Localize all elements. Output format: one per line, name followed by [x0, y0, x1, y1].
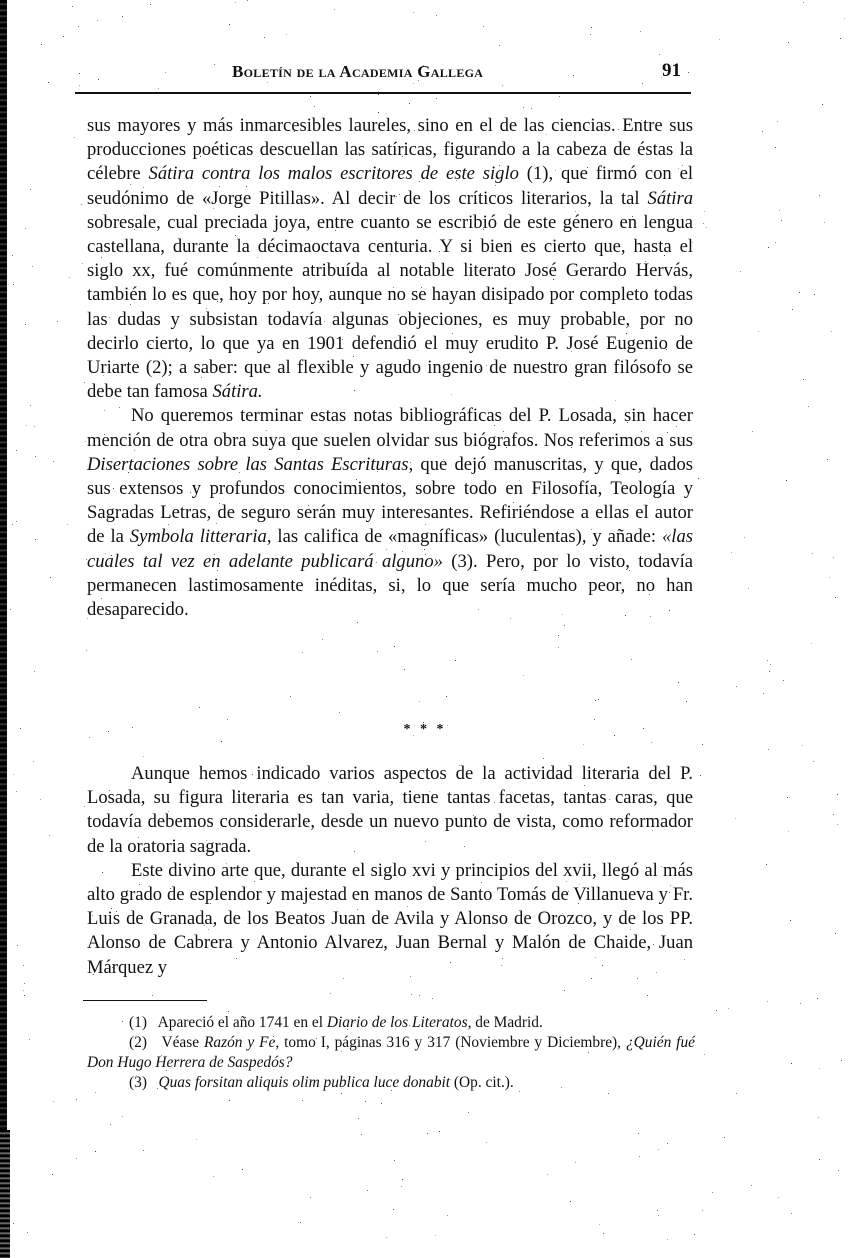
- scan-speckle: [418, 80, 419, 81]
- scan-speckle: [706, 227, 707, 228]
- scan-speckle: [104, 410, 105, 411]
- scan-speckle: [217, 301, 218, 302]
- scan-speckle: [82, 263, 83, 264]
- text-run: (Op. cit.).: [450, 1074, 514, 1091]
- scan-speckle: [103, 375, 104, 376]
- scan-speckle: [634, 800, 635, 801]
- scan-speckle: [302, 652, 303, 653]
- scan-speckle: [113, 147, 114, 148]
- scan-speckle: [653, 794, 654, 795]
- scan-speckle: [165, 72, 166, 73]
- scan-speckle: [546, 134, 547, 135]
- scan-speckle: [645, 261, 646, 262]
- scan-speckle: [241, 441, 242, 442]
- scan-speckle: [386, 549, 387, 550]
- scan-speckle: [819, 1159, 820, 1160]
- text-run: Véase: [161, 1034, 204, 1051]
- scan-speckle: [356, 479, 357, 480]
- scan-speckle: [81, 204, 82, 205]
- scan-speckle: [268, 303, 269, 304]
- scan-speckle: [501, 965, 502, 966]
- scan-speckle: [682, 165, 683, 166]
- scan-speckle: [57, 321, 58, 322]
- scan-speckle: [32, 266, 33, 267]
- scan-speckle: [452, 333, 453, 334]
- italic-title: Sátira.: [212, 381, 262, 402]
- scan-speckle: [781, 220, 782, 221]
- scan-speckle: [386, 113, 387, 114]
- scan-speckle: [653, 944, 654, 945]
- scan-speckle: [681, 441, 682, 442]
- scan-speckle: [667, 1239, 668, 1240]
- scan-speckle: [791, 1063, 792, 1064]
- scan-speckle: [425, 841, 426, 842]
- scan-speckle: [837, 824, 838, 825]
- paragraph-1: sus mayores y más inmarcesibles laureles…: [87, 114, 693, 404]
- scan-speckle: [12, 524, 13, 525]
- scan-speckle: [494, 425, 495, 426]
- scan-speckle: [748, 588, 749, 589]
- scan-speckle: [240, 561, 241, 562]
- scan-speckle: [575, 1162, 576, 1163]
- scan-speckle: [486, 365, 487, 366]
- scan-speckle: [841, 1060, 842, 1061]
- text-run: , de Madrid.: [468, 1014, 543, 1031]
- scan-speckle: [736, 686, 737, 687]
- scan-speckle: [530, 318, 531, 319]
- scan-speckle: [700, 775, 701, 776]
- scan-speckle: [401, 1186, 402, 1187]
- scan-speckle: [90, 796, 91, 797]
- scan-speckle: [595, 957, 596, 958]
- scan-speckle: [667, 432, 668, 433]
- scan-speckle: [667, 1143, 668, 1144]
- footnote-rule: [83, 1000, 207, 1001]
- scan-speckle: [811, 643, 812, 644]
- scan-speckle: [227, 719, 228, 720]
- scan-speckle: [387, 483, 388, 484]
- scan-speckle: [124, 206, 125, 207]
- scan-speckle: [600, 560, 601, 561]
- scan-speckle: [221, 741, 222, 742]
- scan-speckle: [50, 577, 51, 578]
- scan-speckle: [378, 112, 379, 113]
- scan-speckle: [98, 79, 99, 80]
- scan-speckle: [786, 480, 787, 481]
- scan-speckle: [767, 660, 768, 661]
- scan-speckle: [531, 108, 532, 109]
- scan-speckle: [650, 616, 651, 617]
- scan-speckle: [752, 431, 753, 432]
- scan-speckle: [425, 554, 426, 555]
- scan-speckle: [519, 480, 520, 481]
- scan-speckle: [224, 774, 225, 775]
- scan-speckle: [788, 42, 789, 43]
- scan-speckle: [391, 1090, 392, 1091]
- scan-speckle: [354, 851, 355, 852]
- scan-speckle: [502, 85, 503, 86]
- scan-speckle: [813, 761, 814, 762]
- scan-speckle: [402, 1179, 403, 1180]
- scan-speckle: [625, 615, 626, 616]
- scan-speckle: [627, 422, 628, 423]
- scan-speckle: [566, 881, 567, 882]
- scan-speckle: [499, 45, 500, 46]
- scan-speckle: [599, 1224, 600, 1225]
- scan-speckle: [558, 635, 559, 636]
- scan-speckle: [341, 1051, 342, 1052]
- scan-speckle: [669, 892, 670, 893]
- scan-speckle: [67, 524, 68, 525]
- scan-speckle: [519, 1091, 520, 1092]
- scan-speckle: [396, 196, 397, 197]
- scan-speckle: [69, 277, 70, 278]
- scan-speckle: [417, 350, 418, 351]
- scan-speckle: [343, 978, 344, 979]
- scan-speckle: [254, 881, 255, 882]
- scan-speckle: [536, 463, 537, 464]
- scan-speckle: [485, 269, 486, 270]
- scan-speckle: [223, 769, 224, 770]
- scan-speckle: [447, 725, 448, 726]
- italic-title: Sátira: [648, 188, 693, 209]
- scan-speckle: [777, 121, 778, 122]
- scan-speckle: [166, 1070, 167, 1071]
- scan-speckle: [377, 651, 378, 652]
- scan-speckle: [229, 1100, 230, 1101]
- scan-speckle: [547, 588, 548, 589]
- scan-speckle: [411, 994, 412, 995]
- scan-speckle: [264, 37, 265, 38]
- scan-speckle: [286, 34, 287, 35]
- scan-speckle: [790, 920, 791, 921]
- footnote-1: (1) Apareció el año 1741 en el Diario de…: [87, 1013, 695, 1033]
- scan-speckle: [204, 925, 205, 926]
- scan-speckle: [678, 682, 679, 683]
- scan-speckle: [684, 959, 685, 960]
- scan-speckle: [652, 830, 653, 831]
- scan-speckle: [770, 664, 771, 665]
- scan-speckle: [783, 680, 784, 681]
- scan-speckle: [647, 505, 648, 506]
- scan-speckle: [138, 837, 139, 838]
- scan-speckle: [543, 758, 544, 759]
- scan-speckle: [814, 294, 815, 295]
- scan-speckle: [296, 919, 297, 920]
- scan-speckle: [510, 618, 511, 619]
- scan-speckle: [439, 1131, 440, 1132]
- scan-speckle: [664, 255, 665, 256]
- scan-speckle: [419, 995, 420, 996]
- scan-speckle: [661, 866, 662, 867]
- scan-speckle: [506, 447, 507, 448]
- scan-speckle: [92, 915, 93, 916]
- scan-speckle: [158, 88, 159, 89]
- scan-speckle: [101, 598, 102, 599]
- scan-speckle: [424, 549, 425, 550]
- scan-speckle: [594, 719, 595, 720]
- scan-speckle: [579, 884, 580, 885]
- scan-speckle: [467, 413, 468, 414]
- scan-speckle: [150, 4, 151, 5]
- scan-speckle: [587, 167, 588, 168]
- scan-speckle: [637, 978, 638, 979]
- scan-speckle: [835, 933, 836, 934]
- scan-speckle: [128, 472, 129, 473]
- page-header: Boletín de la Academia Gallega 91: [75, 60, 691, 92]
- scan-speckle: [410, 976, 411, 977]
- scan-speckle: [228, 1011, 229, 1012]
- scan-speckle: [775, 147, 776, 148]
- scan-speckle: [239, 472, 240, 473]
- scan-speckle: [206, 840, 207, 841]
- scan-speckle: [692, 242, 693, 243]
- scan-speckle: [86, 650, 87, 651]
- scan-speckle: [156, 843, 157, 844]
- scan-speckle: [443, 459, 444, 460]
- scan-speckle: [499, 165, 500, 166]
- scan-speckle: [122, 1116, 123, 1117]
- scan-speckle: [688, 72, 689, 73]
- text-run: Apareció el año 1741 en el: [158, 1014, 327, 1031]
- section-break-asterism: * * *: [0, 722, 850, 738]
- scan-speckle: [219, 186, 220, 187]
- scan-speckle: [341, 1093, 342, 1094]
- footnote-text: Véase Razón y Fe, tomo I, páginas 316 y …: [87, 1034, 695, 1071]
- scan-speckle: [558, 647, 559, 648]
- scan-speckle: [154, 611, 155, 612]
- scan-speckle: [16, 791, 17, 792]
- scan-speckle: [393, 1209, 394, 1210]
- scan-speckle: [702, 1210, 703, 1211]
- scan-speckle: [316, 1038, 317, 1039]
- italic-title: Razón y Fe: [204, 1034, 275, 1051]
- scan-speckle: [84, 382, 85, 383]
- scan-speckle: [194, 148, 195, 149]
- scan-speckle: [686, 701, 687, 702]
- scan-speckle: [510, 241, 511, 242]
- scan-speckle: [584, 785, 585, 786]
- scan-speckle: [48, 82, 49, 83]
- scan-speckle: [641, 120, 642, 121]
- scan-speckle: [435, 1235, 436, 1236]
- scan-speckle: [669, 610, 670, 611]
- scan-speckle: [365, 1101, 366, 1102]
- scan-speckle: [819, 195, 820, 196]
- scan-speckle: [803, 379, 804, 380]
- scan-speckle: [10, 609, 11, 610]
- scan-speckle: [829, 577, 830, 578]
- scan-speckle: [591, 978, 592, 979]
- scan-speckle: [190, 492, 191, 493]
- scan-speckle: [419, 701, 420, 702]
- scan-speckle: [562, 614, 563, 615]
- scan-speckle: [120, 226, 121, 227]
- scan-speckle: [657, 1210, 658, 1211]
- scan-speckle: [455, 660, 456, 661]
- scan-speckle: [658, 1149, 659, 1150]
- scan-speckle: [791, 1213, 792, 1214]
- scan-speckle: [16, 450, 17, 451]
- italic-title: Symbola litteraria: [130, 526, 267, 547]
- scan-speckle: [196, 488, 197, 489]
- scan-speckle: [436, 517, 437, 518]
- scan-speckle: [109, 790, 110, 791]
- scan-speckle: [90, 916, 91, 917]
- scan-speckle: [423, 65, 424, 66]
- running-head: Boletín de la Academia Gallega: [232, 62, 483, 82]
- scan-speckle: [639, 1156, 640, 1157]
- scan-speckle: [766, 864, 767, 865]
- scan-speckle: [483, 26, 484, 27]
- scan-speckle: [609, 799, 610, 800]
- scan-speckle: [347, 1029, 348, 1030]
- scan-speckle: [642, 83, 643, 84]
- scan-speckle: [109, 317, 110, 318]
- scan-speckle: [808, 406, 809, 407]
- scan-speckle: [378, 94, 379, 95]
- scan-speckle: [638, 1133, 639, 1134]
- scan-speckle: [778, 1197, 779, 1198]
- scan-speckle: [655, 440, 656, 441]
- scan-speckle: [134, 229, 135, 230]
- scan-speckle: [361, 1134, 362, 1135]
- scan-speckle: [402, 156, 403, 157]
- scan-speckle: [536, 296, 537, 297]
- scan-speckle: [429, 791, 430, 792]
- scan-speckle: [434, 1038, 435, 1039]
- scan-speckle: [838, 1170, 839, 1171]
- scan-speckle: [822, 104, 823, 105]
- scan-speckle: [314, 201, 315, 202]
- scan-speckle: [126, 204, 127, 205]
- scan-speckle: [290, 696, 291, 697]
- text-run: sobresale, cual preciada joya, entre cua…: [87, 212, 693, 402]
- scan-speckle: [302, 1100, 303, 1101]
- scan-speckle: [110, 1124, 111, 1125]
- scan-speckle: [423, 722, 424, 723]
- scan-speckle: [648, 439, 649, 440]
- scan-speckle: [72, 6, 73, 7]
- scan-speckle: [226, 863, 227, 864]
- scan-speckle: [418, 367, 419, 368]
- scan-speckle: [111, 555, 112, 556]
- scan-speckle: [34, 671, 35, 672]
- scan-speckle: [719, 39, 720, 40]
- scan-speckle: [95, 1151, 96, 1152]
- italic-title: Sátira contra los malos escritores de es…: [149, 163, 519, 184]
- scan-speckle: [306, 823, 307, 824]
- scan-speckle: [101, 257, 102, 258]
- scan-speckle: [768, 749, 769, 750]
- scan-speckle: [98, 606, 99, 607]
- scan-speckle: [661, 77, 662, 78]
- paragraph-4: Este divino arte que, durante el siglo x…: [87, 859, 693, 980]
- scan-speckle: [817, 998, 818, 999]
- scan-speckle: [728, 1008, 729, 1009]
- scan-speckle: [630, 929, 631, 930]
- scan-speckle: [89, 737, 90, 738]
- footnote-text: Quas forsitan aliquis olim publica luce …: [159, 1074, 514, 1091]
- scan-speckle: [479, 369, 480, 370]
- scan-speckle: [403, 365, 404, 366]
- scan-speckle: [12, 255, 13, 256]
- scan-speckle: [626, 333, 627, 334]
- scan-speckle: [535, 1039, 536, 1040]
- scan-speckle: [390, 254, 391, 255]
- scan-speckle: [394, 646, 395, 647]
- scan-speckle: [553, 279, 554, 280]
- scan-speckle: [523, 675, 524, 676]
- scan-speckle: [198, 415, 199, 416]
- scan-speckle: [824, 222, 825, 223]
- scan-speckle: [208, 929, 209, 930]
- scan-speckle: [27, 1232, 28, 1233]
- scan-speckle: [562, 913, 563, 914]
- scan-speckle: [235, 2, 236, 3]
- scan-speckle: [716, 1010, 717, 1011]
- scan-speckle: [79, 73, 80, 74]
- scan-speckle: [494, 802, 495, 803]
- scan-speckle: [523, 107, 524, 108]
- scan-speckle: [818, 1117, 819, 1118]
- scan-speckle: [819, 1068, 820, 1069]
- scan-speckle: [570, 1201, 571, 1202]
- scan-speckle: [641, 431, 642, 432]
- scan-speckle: [13, 774, 14, 775]
- scan-speckle: [555, 170, 556, 171]
- scan-speckle: [314, 106, 315, 107]
- scan-speckle: [678, 168, 679, 169]
- scan-speckle: [122, 16, 123, 17]
- scan-speckle: [16, 521, 17, 522]
- scan-speckle: [252, 774, 253, 775]
- scan-speckle: [139, 884, 140, 885]
- scan-speckle: [324, 321, 325, 322]
- scan-speckle: [74, 137, 75, 138]
- scan-speckle: [357, 622, 358, 623]
- scan-speckle: [590, 34, 591, 35]
- scan-speckle: [359, 155, 360, 156]
- footnote-2: (2) Véase Razón y Fe, tomo I, páginas 31…: [87, 1033, 695, 1073]
- scan-speckle: [105, 553, 106, 554]
- scan-speckle: [267, 82, 268, 83]
- scan-speckle: [419, 181, 420, 182]
- scan-speckle: [779, 210, 780, 211]
- scan-speckle: [143, 756, 144, 757]
- scan-speckle: [575, 211, 576, 212]
- scan-speckle: [127, 940, 128, 941]
- scan-speckle: [119, 407, 120, 408]
- scan-speckle: [455, 947, 456, 948]
- scan-speckle: [421, 287, 422, 288]
- scan-speckle: [322, 639, 323, 640]
- italic-title: Quas forsitan aliquis olim publica luce …: [159, 1074, 451, 1091]
- scan-binding-edge: [0, 0, 7, 1258]
- scan-speckle: [79, 85, 80, 86]
- scan-speckle: [513, 502, 514, 503]
- scan-speckle: [393, 287, 394, 288]
- scan-speckle: [432, 998, 433, 999]
- scan-speckle: [577, 341, 578, 342]
- scan-speckle: [636, 1044, 637, 1045]
- scan-speckle: [168, 811, 169, 812]
- scan-speckle: [704, 211, 705, 212]
- scan-speckle: [666, 349, 667, 350]
- scan-speckle: [844, 18, 845, 19]
- scan-speckle: [24, 983, 25, 984]
- scan-speckle: [143, 187, 144, 188]
